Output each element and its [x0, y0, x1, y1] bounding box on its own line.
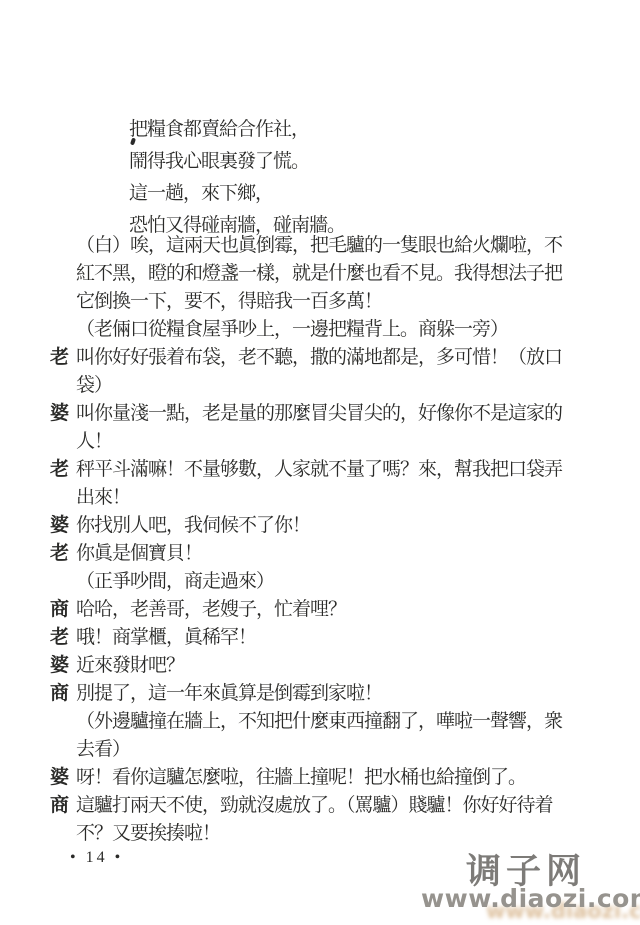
dialogue-text: 近來發財吧？ [76, 652, 184, 680]
dialogue-text: 這驢打兩天不使，勁就沒處放了。（罵驢）賤驢！你好好待着 [76, 792, 553, 820]
stage-direction-line: 去看） [0, 736, 640, 764]
speaker-label: 老 [50, 540, 69, 568]
dialogue-line: 商別提了，這一年來眞算是倒霉到家啦！ [0, 680, 640, 708]
speaker-label: 婆 [50, 764, 69, 792]
verse-line: 鬧得我心眼裏發了慌。 [129, 146, 345, 178]
dialogue-line: 婆叫你量淺一點，老是量的那麼冒尖冒尖的，好像你不是這家的 [0, 400, 640, 428]
dialogue-line: 老哦！商掌櫃，眞稀罕！ [0, 624, 640, 652]
dialogue-text: （白）唉，這兩天也眞倒霉，把毛驢的一隻眼也給火爛啦，不 [76, 232, 562, 260]
stage-direction-line: （正爭吵間，商走過來） [0, 568, 640, 596]
dialogue-text: 哦！商掌櫃，眞稀罕！ [76, 624, 256, 652]
speaker-label: 商 [50, 792, 69, 820]
dialogue-line: 出來！ [0, 484, 640, 512]
dialogue-text: 叫你量淺一點，老是量的那麼冒尖冒尖的，好像你不是這家的 [76, 400, 562, 428]
dialogue-text: 人！ [76, 428, 112, 456]
dialogue-text: 紅不黑，瞪的和燈盞一樣，就是什麼也看不見。我得想法子把 [76, 260, 562, 288]
stage-direction-line: （老倆口從糧食屋爭吵上，一邊把糧背上。商躲一旁） [0, 316, 640, 344]
dialogue-text: 它倒換一下，要不，得賠我一百多萬！ [76, 288, 382, 316]
dialogue-block: （白）唉，這兩天也眞倒霉，把毛驢的一隻眼也給火爛啦，不 紅不黑，瞪的和燈盞一樣，… [0, 232, 640, 848]
speaker-label: 婆 [50, 652, 69, 680]
dialogue-line: 人！ [0, 428, 640, 456]
dialogue-text: 出來！ [76, 484, 130, 512]
dialogue-text: 不？又要挨揍啦！ [76, 820, 220, 848]
verse-block: 把糧食都賣給合作社， 鬧得我心眼裏發了慌。 這一趟，來下鄉， 恐怕又得碰南牆，碰… [129, 114, 345, 242]
dialogue-text: 秤平斗滿嘛！不量够數，人家就不量了嗎？來，幫我把口袋弄 [76, 456, 562, 484]
stage-direction-text: （正爭吵間，商走過來） [76, 568, 274, 596]
dialogue-line: 老你眞是個寶貝！ [0, 540, 640, 568]
speaker-label: 商 [50, 680, 69, 708]
dialogue-text: 哈哈，老善哥，老嫂子，忙着哩？ [76, 596, 346, 624]
speaker-label: 商 [50, 596, 69, 624]
dialogue-line: 婆呀！看你這驢怎麼啦，往牆上撞呢！把水桶也給撞倒了。 [0, 764, 640, 792]
dialogue-line: 袋） [0, 372, 640, 400]
dialogue-line: 商這驢打兩天不使，勁就沒處放了。（罵驢）賤驢！你好好待着 [0, 792, 640, 820]
dialogue-text: 袋） [76, 372, 112, 400]
dialogue-text: 你眞是個寶貝！ [76, 540, 202, 568]
dialogue-line: 婆近來發財吧？ [0, 652, 640, 680]
speaker-label: 老 [50, 624, 69, 652]
scanned-script-page: 把糧食都賣給合作社， 鬧得我心眼裏發了慌。 這一趟，來下鄉， 恐怕又得碰南牆，碰… [0, 0, 640, 925]
dialogue-text: 別提了，這一年來眞算是倒霉到家啦！ [76, 680, 382, 708]
watermark-site-url: www.diaozi.com [421, 884, 640, 913]
stage-direction-text: （老倆口從糧食屋爭吵上，一邊把糧背上。商躲一旁） [76, 316, 508, 344]
dialogue-line: 商哈哈，老善哥，老嫂子，忙着哩？ [0, 596, 640, 624]
dialogue-line: 紅不黑，瞪的和燈盞一樣，就是什麼也看不見。我得想法子把 [0, 260, 640, 288]
dialogue-line: （白）唉，這兩天也眞倒霉，把毛驢的一隻眼也給火爛啦，不 [0, 232, 640, 260]
stage-direction-text: （外邊驢撞在牆上，不知把什麼東西撞翻了，嘩啦一聲響，衆 [76, 708, 562, 736]
dialogue-text: 你找別人吧，我伺候不了你！ [76, 512, 310, 540]
dialogue-line: 老秤平斗滿嘛！不量够數，人家就不量了嗎？來，幫我把口袋弄 [0, 456, 640, 484]
stage-direction-line: （外邊驢撞在牆上，不知把什麼東西撞翻了，嘩啦一聲響，衆 [0, 708, 640, 736]
stage-direction-text: 去看） [76, 736, 130, 764]
speaker-label: 老 [50, 456, 69, 484]
speaker-label: 婆 [50, 512, 69, 540]
speaker-label: 婆 [50, 400, 69, 428]
dialogue-text: 叫你好好張着布袋，老不聽，撒的滿地都是，多可惜！（放口 [76, 344, 562, 372]
dialogue-line: 它倒換一下，要不，得賠我一百多萬！ [0, 288, 640, 316]
page-number: • 14 • [70, 849, 123, 867]
dialogue-line: 婆你找別人吧，我伺候不了你！ [0, 512, 640, 540]
verse-line: 把糧食都賣給合作社， [129, 114, 345, 146]
speaker-label: 老 [50, 344, 69, 372]
dialogue-text: 呀！看你這驢怎麼啦，往牆上撞呢！把水桶也給撞倒了。 [76, 764, 526, 792]
verse-line: 這一趟，來下鄉， [129, 178, 345, 210]
dialogue-line: 老叫你好好張着布袋，老不聽，撒的滿地都是，多可惜！（放口 [0, 344, 640, 372]
